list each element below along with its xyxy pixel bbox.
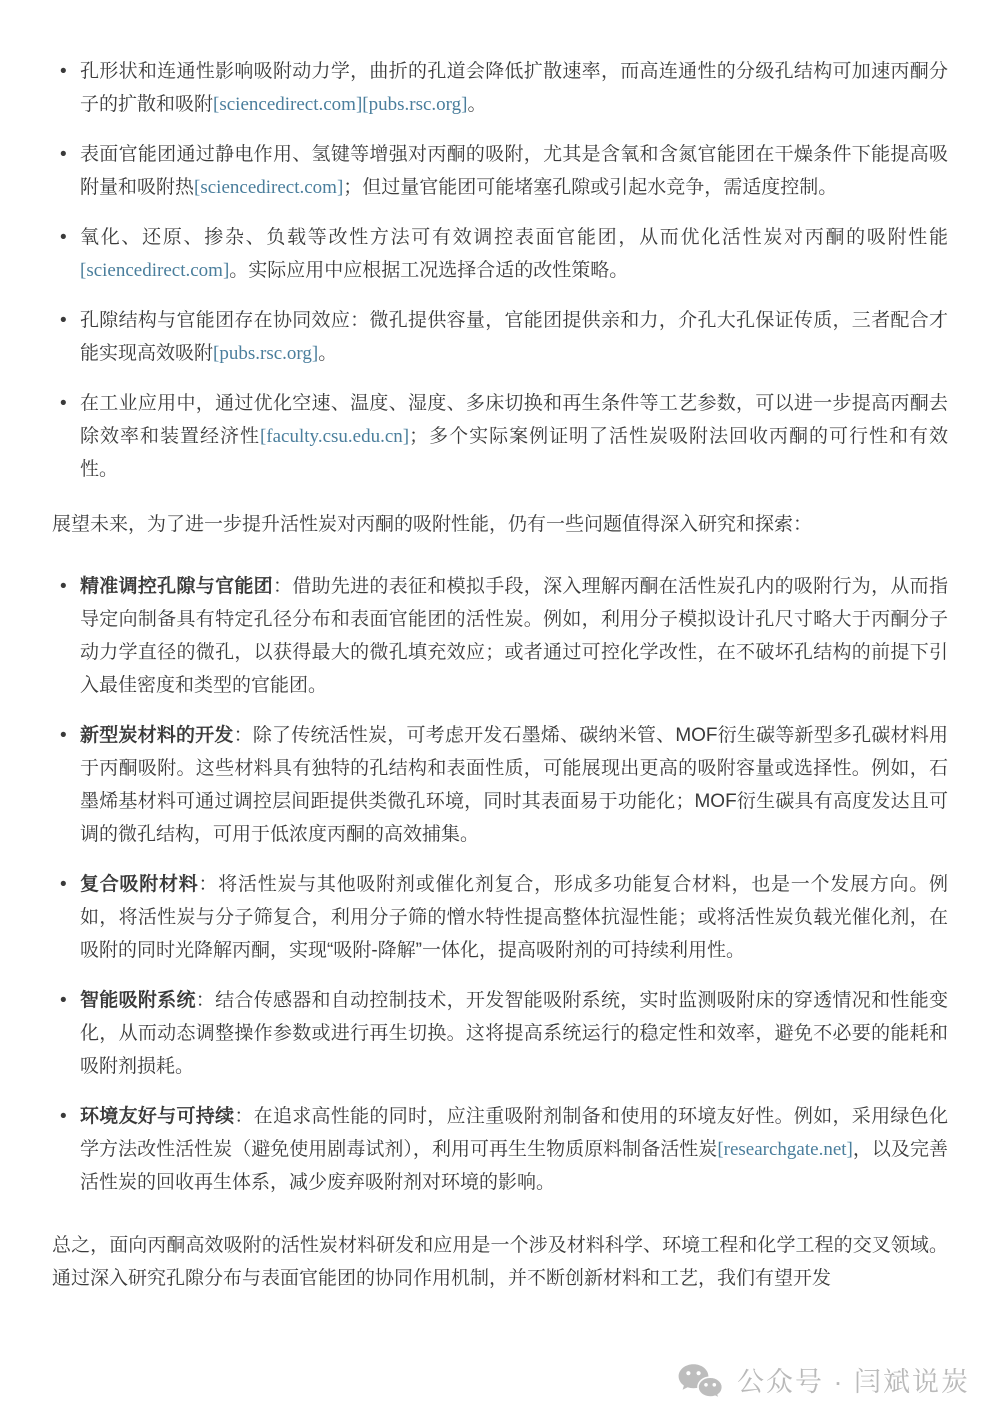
findings-bullet-list: 孔形状和连通性影响吸附动力学，曲折的孔道会降低扩散速率，而高连通性的分级孔结构可… [52,55,948,486]
future-directions-bullet-list: 精准调控孔隙与官能团：借助先进的表征和模拟手段，深入理解丙酮在活性炭孔内的吸附行… [52,570,948,1199]
bullet-item: 新型炭材料的开发：除了传统活性炭，可考虑开发石墨烯、碳纳米管、MOF衍生碳等新型… [80,719,948,851]
wechat-account-label: 公众号 · 闫斌说炭 [737,1369,970,1396]
bullet-text: 。 [467,94,486,115]
bullet-lead-bold: 新型炭材料的开发 [80,725,234,746]
bullet-lead-bold: 复合吸附材料 [80,874,198,895]
citation-link[interactable]: [sciencedirect.com] [213,94,362,115]
citation-link[interactable]: [faculty.csu.edu.cn] [260,426,409,447]
citation-link[interactable]: [pubs.rsc.org] [213,343,318,364]
citation-link[interactable]: [researchgate.net] [717,1139,853,1160]
citation-link[interactable]: [sciencedirect.com] [194,177,343,198]
bullet-item: 表面官能团通过静电作用、氢键等增强对丙酮的吸附，尤其是含氧和含氮官能团在干燥条件… [80,138,948,204]
wechat-watermark: 公众号 · 闫斌说炭 [677,1362,970,1402]
closing-paragraph: 总之，面向丙酮高效吸附的活性炭材料研发和应用是一个涉及材料科学、环境工程和化学工… [52,1229,948,1295]
outlook-paragraph: 展望未来，为了进一步提升活性炭对丙酮的吸附性能，仍有一些问题值得深入研究和探索： [52,508,948,541]
bullet-item: 复合吸附材料：将活性炭与其他吸附剂或催化剂复合，形成多功能复合材料，也是一个发展… [80,868,948,967]
bullet-text: ；但过量官能团可能堵塞孔隙或引起水竞争，需适度控制。 [343,177,837,198]
article-body: 孔形状和连通性影响吸附动力学，曲折的孔道会降低扩散速率，而高连通性的分级孔结构可… [52,55,948,1295]
bullet-text: 孔形状和连通性影响吸附动力学，曲折的孔道会降低扩散速率，而高连通性的分级孔结构可… [80,61,948,115]
bullet-text: 孔隙结构与官能团存在协同效应：微孔提供容量，官能团提供亲和力，介孔大孔保证传质，… [80,310,948,364]
bullet-text: 氧化、还原、掺杂、负载等改性方法可有效调控表面官能团，从而优化活性炭对丙酮的吸附… [80,227,948,248]
bullet-item: 孔隙结构与官能团存在协同效应：微孔提供容量，官能团提供亲和力，介孔大孔保证传质，… [80,304,948,370]
bullet-item: 氧化、还原、掺杂、负载等改性方法可有效调控表面官能团，从而优化活性炭对丙酮的吸附… [80,221,948,287]
document-page: { "colors": { "background": "#ffffff", "… [0,0,1000,1415]
citation-link[interactable]: [sciencedirect.com] [80,260,229,281]
bullet-lead-bold: 环境友好与可持续 [80,1106,234,1127]
bullet-text: 。实际应用中应根据工况选择合适的改性策略。 [229,260,628,281]
citation-link[interactable]: [pubs.rsc.org] [362,94,467,115]
bullet-item: 精准调控孔隙与官能团：借助先进的表征和模拟手段，深入理解丙酮在活性炭孔内的吸附行… [80,570,948,702]
bullet-item: 孔形状和连通性影响吸附动力学，曲折的孔道会降低扩散速率，而高连通性的分级孔结构可… [80,55,948,121]
bullet-text: ：将活性炭与其他吸附剂或催化剂复合，形成多功能复合材料，也是一个发展方向。例如，… [80,874,948,961]
bullet-item: 智能吸附系统：结合传感器和自动控制技术，开发智能吸附系统，实时监测吸附床的穿透情… [80,984,948,1083]
bullet-text: ：结合传感器和自动控制技术，开发智能吸附系统，实时监测吸附床的穿透情况和性能变化… [80,990,948,1077]
bullet-item: 在工业应用中，通过优化空速、温度、湿度、多床切换和再生条件等工艺参数，可以进一步… [80,387,948,486]
bullet-item: 环境友好与可持续：在追求高性能的同时，应注重吸附剂制备和使用的环境友好性。例如，… [80,1100,948,1199]
bullet-lead-bold: 精准调控孔隙与官能团 [80,576,273,597]
bullet-text: 。 [318,343,337,364]
bullet-lead-bold: 智能吸附系统 [80,990,196,1011]
wechat-icon [677,1362,724,1402]
